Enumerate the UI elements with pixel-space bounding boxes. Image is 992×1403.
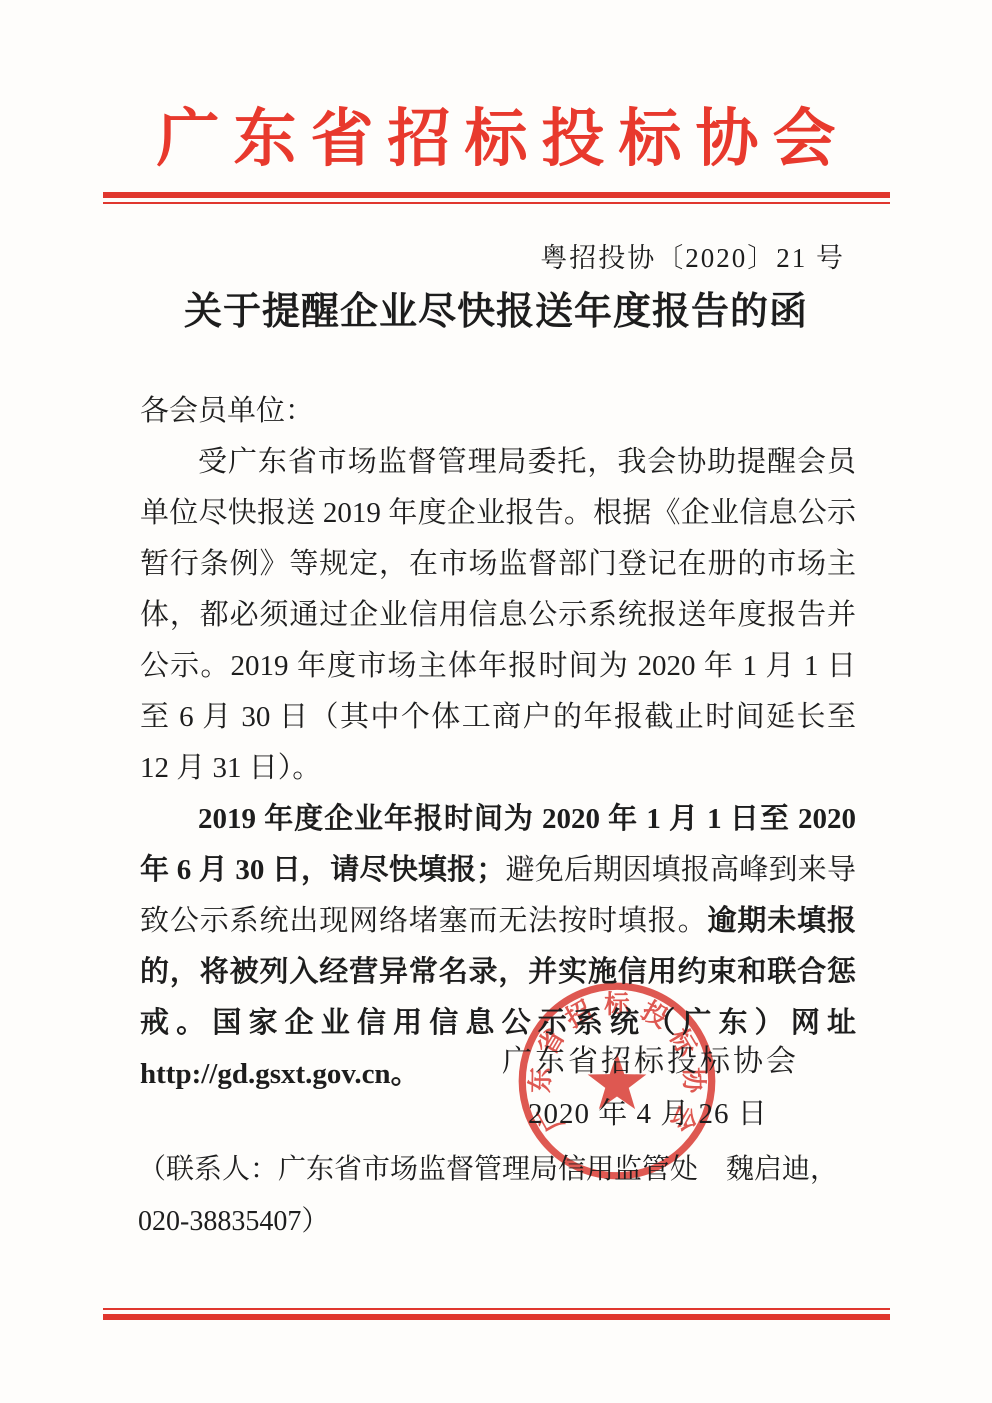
signature-org: 广东省招标投标协会 bbox=[502, 1036, 799, 1080]
contact-line-1: （联系人：广东省市场监督管理局信用监管处 魏启迪， bbox=[138, 1144, 878, 1196]
document-page: 广东省招标投标协会 粤招投协〔2020〕21 号 关于提醒企业尽快报送年度报告的… bbox=[0, 0, 992, 1403]
gsxt-url: http://gd.gsxt.gov.cn bbox=[140, 1058, 391, 1090]
doc-title: 关于提醒企业尽快报送年度报告的函 bbox=[0, 280, 992, 335]
paragraph-2-period: 。 bbox=[391, 1058, 420, 1090]
document-body: 各会员单位： 受广东省市场监督管理局委托，我会协助提醒会员单位尽快报送 2019… bbox=[140, 386, 856, 1100]
paragraph-1-text: 受广东省市场监督管理局委托，我会协助提醒会员单位尽快报送 2019 年度企业报告… bbox=[140, 446, 856, 784]
letterhead-rule bbox=[103, 192, 890, 204]
letterhead-org-name: 广东省招标投标协会 bbox=[0, 88, 992, 179]
footer-rule bbox=[103, 1308, 890, 1320]
contact-line-2: 020-38835407） bbox=[138, 1196, 878, 1248]
contact-note: （联系人：广东省市场监督管理局信用监管处 魏启迪， 020-38835407） bbox=[138, 1144, 878, 1248]
doc-number: 粤招投协〔2020〕21 号 bbox=[540, 236, 845, 275]
salutation: 各会员单位： bbox=[140, 386, 856, 437]
footer-rule-thick bbox=[103, 1314, 890, 1320]
letterhead-rule-thin bbox=[103, 202, 890, 204]
signature-date: 2020 年 4 月 26 日 bbox=[528, 1091, 768, 1132]
paragraph-1: 受广东省市场监督管理局委托，我会协助提醒会员单位尽快报送 2019 年度企业报告… bbox=[140, 437, 856, 794]
